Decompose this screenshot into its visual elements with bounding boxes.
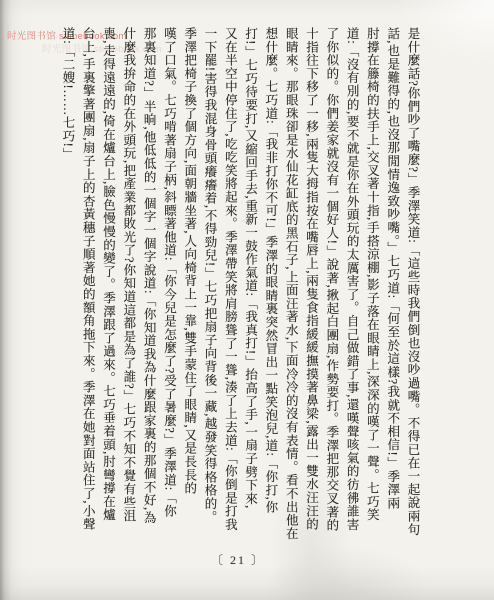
text-column: 一下罷!害得我混身骨頭癢癢着,不得勁兒!」七巧把扇子向背後一藏,越發笑得格格的。 [200, 27, 220, 568]
text-column: 是什麼話?你們吵了嘴麼?」季澤笑道:「這些時我們倒也沒吵過嘴。不得已在一起說兩句 [403, 27, 423, 568]
text-column: 肘撐在籐椅的扶手上,交叉著十指,手搭涼棚,影子落在眼睛上,深深的嘆了一聲。七巧笑 [362, 27, 382, 568]
page-number: 〔 21 〕 [0, 551, 476, 568]
text-column: 又在半空中停住了,吃吃笑將起來。季澤帶笑將肩膀聳了一聳,湊了上去道:「你倒是打我 [220, 27, 240, 568]
text-columns: 是什麼話?你們吵了嘴麼?」季澤笑道:「這些時我們倒也沒吵過嘴。不得已在一起說兩句… [58, 27, 423, 568]
text-column: 什麼我拚命的在外頭玩,把產業都敗光了?你知道這都是為了誰?」七巧不知不覺有些沮 [119, 27, 139, 568]
text-column: 十指往下移了一移,兩隻大拇指按在嘴唇上,兩隻食指緩緩撫摸著鼻梁,露出一雙水汪汪的 [301, 27, 321, 568]
text-column: 想什麼。七巧道:「我非打你不可!」季澤的眼睛裏突然冒出一點笑泡兒,道:「你打,你 [261, 27, 281, 568]
text-column: 那裏知道?」半晌,他低低的一個字一個字說道:「你知道我為什麼跟家裏的那個不好,為 [139, 27, 159, 568]
text-column: 道:「沒有別的,要不就是你在外頭玩的太厲害了。自己做錯了事,還嘆聲咳氣的彷彿誰害 [342, 27, 362, 568]
text-column: 眼睛來。那眼珠卻是水仙花缸底的黑石子,上面汪著水,下面冷冷的沒有表情。看不出他在 [281, 27, 301, 568]
text-column: 季澤把椅子換了個方向,面朝牆坐著,人向椅背上一靠,雙手蒙住了眼睛,又是長長的 [179, 27, 199, 568]
text-column: 話,也是難得的,也沒那閒情逸致吵嘴。」七巧道:「何至於這樣?我就不相信!」季澤兩 [382, 27, 402, 568]
text-column: 打!」七巧待要打,又縮回手去,重新一鼓作氣道:「我真打!」抬高了手,一扇子劈下來… [240, 27, 260, 568]
text-column: 喪,走得遠遠的,倚在爐台上,臉色慢慢的變了。季澤跟了過來。七巧垂着頭,肘彎撐在爐 [98, 27, 118, 568]
text-column: 了你似的。你們姜家就沒有一個好人!」說著,揪起白團扇,作勢要打。季澤把那交叉著的 [322, 27, 342, 568]
text-column: 台上,手裏擎著團扇,扇子上的杏黃穗子順著她的額角拖下來。季澤在她對面站住了,小聲 [78, 27, 98, 568]
text-column: 嘆了口氣。七巧啃著扇子柄,斜瞟著他道:「你今兒是怎麼了?受了暑麼?」季澤道:「你 [159, 27, 179, 568]
text-column: 道:「二嫂!……七巧!」 [58, 27, 78, 568]
